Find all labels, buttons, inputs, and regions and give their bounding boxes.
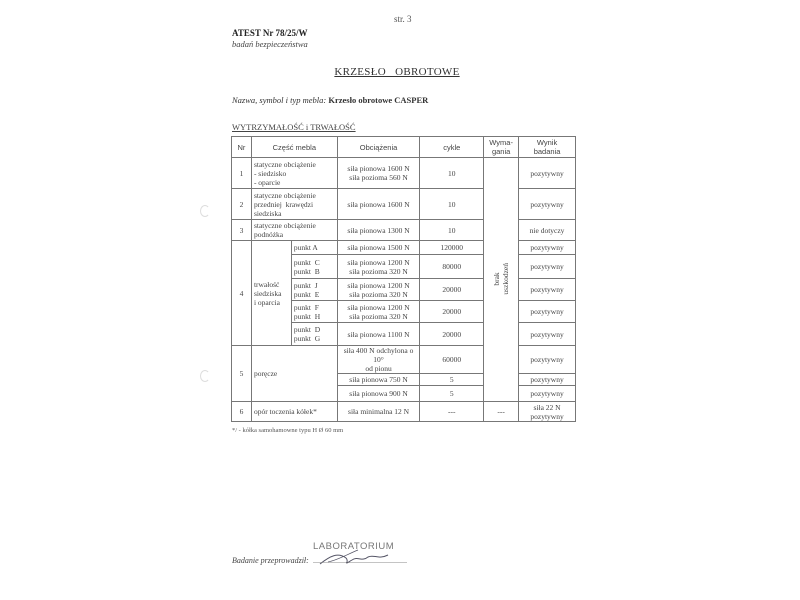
punch-hole-mark [200, 370, 210, 382]
cell-point: punkt Cpunkt B [291, 255, 337, 279]
cell-point: punkt Fpunkt H [291, 301, 337, 323]
cell-cycles: 10 [420, 220, 484, 241]
cell-point: punkt Dpunkt G [291, 323, 337, 346]
cell-load: siła pionowa 1100 N [337, 323, 420, 346]
cell-requirement-merged: brakuszkodzeń [484, 158, 519, 402]
cell-part: statyczne obciążenie- siedzisko- oparcie [251, 158, 337, 189]
cell-requirement: --- [484, 402, 519, 422]
cell-result: pozytywny [519, 374, 576, 386]
cell-point: punkt Jpunkt E [291, 279, 337, 301]
table-row: 5 poręcze siła 400 N odchylona o 10°od p… [232, 346, 576, 374]
cell-load: siła pionowa 750 N [337, 374, 420, 386]
cell-part: poręcze [251, 346, 337, 402]
cell-nr: 2 [232, 189, 252, 220]
page-number: str. 3 [394, 14, 412, 24]
cell-part: statyczne obciążenieprzedniej krawędzisi… [251, 189, 337, 220]
product-value: Krzesło obrotowe CASPER [328, 95, 428, 105]
cell-cycles: --- [420, 402, 484, 422]
cell-result: pozytywny [519, 279, 576, 301]
cell-load: siła pionowa 1600 N [337, 189, 420, 220]
header-result: Wynikbadania [519, 137, 576, 158]
cell-cycles: 5 [420, 386, 484, 402]
cell-result: pozytywny [519, 323, 576, 346]
cell-load: siła pionowa 1600 Nsiła pozioma 560 N [337, 158, 420, 189]
cell-load: siła pionowa 1300 N [337, 220, 420, 241]
cell-cycles: 20000 [420, 279, 484, 301]
cell-result: pozytywny [519, 241, 576, 255]
cell-result: pozytywny [519, 346, 576, 374]
cell-cycles: 5 [420, 374, 484, 386]
cell-load: siła 400 N odchylona o 10°od pionu [337, 346, 420, 374]
cell-load: siła pionowa 900 N [337, 386, 420, 402]
cell-nr: 5 [232, 346, 252, 402]
cell-result: pozytywny [519, 386, 576, 402]
table-row: 3 statyczne obciążeniepodnóżka siła pion… [232, 220, 576, 241]
cell-nr: 1 [232, 158, 252, 189]
cell-load: siła minimalna 12 N [337, 402, 420, 422]
cell-part: opór toczenia kółek* [251, 402, 337, 422]
product-label: Nazwa, symbol i typ mebla [232, 95, 323, 105]
document-title: KRZESŁO OBROTOWE [0, 66, 797, 78]
table-row: 1 statyczne obciążenie- siedzisko- oparc… [232, 158, 576, 189]
cell-result: pozytywny [519, 301, 576, 323]
cell-nr: 6 [232, 402, 252, 422]
cell-result: pozytywny [519, 158, 576, 189]
cell-load: siła pionowa 1500 N [337, 241, 420, 255]
cell-cycles: 10 [420, 158, 484, 189]
performed-by-label: Badanie przeprowadził: [232, 556, 309, 565]
cell-part: statyczne obciążeniepodnóżka [251, 220, 337, 241]
certificate-number: ATEST Nr 78/25/W [232, 28, 308, 38]
cell-nr: 4 [232, 241, 252, 346]
cell-cycles: 60000 [420, 346, 484, 374]
requirement-text: brakuszkodzeń [492, 263, 510, 295]
table-row: 6 opór toczenia kółek* siła minimalna 12… [232, 402, 576, 422]
cell-load: siła pionowa 1200 Nsiła pozioma 320 N [337, 279, 420, 301]
signature-dots: ........................................… [313, 556, 407, 565]
cell-cycles: 80000 [420, 255, 484, 279]
header-cycles: cykle [420, 137, 484, 158]
cell-result: pozytywny [519, 189, 576, 220]
certificate-subtitle: badań bezpieczeństwa [232, 39, 308, 49]
cell-cycles: 20000 [420, 301, 484, 323]
header-nr: Nr [232, 137, 252, 158]
section-title: WYTRZYMAŁOŚĆ i TRWAŁOŚĆ [232, 122, 356, 132]
punch-hole-mark [200, 205, 210, 217]
table-row: 4 trwałośćsiedziskai oparcia punkt A sił… [232, 241, 576, 255]
cell-result: pozytywny [519, 255, 576, 279]
header-load: Obciążenia [337, 137, 420, 158]
table-header-row: Nr Część mebla Obciążenia cykle Wyma-gan… [232, 137, 576, 158]
product-name-line: Nazwa, symbol i typ mebla: Krzesło obrot… [232, 95, 428, 105]
cell-point: punkt A [291, 241, 337, 255]
cell-cycles: 10 [420, 189, 484, 220]
table-row: 2 statyczne obciążenieprzedniej krawędzi… [232, 189, 576, 220]
cell-load: siła pionowa 1200 Nsiła pozioma 320 N [337, 301, 420, 323]
cell-cycles: 120000 [420, 241, 484, 255]
cell-result: nie dotyczy [519, 220, 576, 241]
cell-cycles: 20000 [420, 323, 484, 346]
cell-nr: 3 [232, 220, 252, 241]
results-table: Nr Część mebla Obciążenia cykle Wyma-gan… [231, 136, 576, 422]
cell-load: siła pionowa 1200 Nsiła pozioma 320 N [337, 255, 420, 279]
footnote: */ - kółka samohamowne typu H Ø 60 mm [232, 427, 343, 434]
header-part: Część mebla [251, 137, 337, 158]
header-requirements: Wyma-gania [484, 137, 519, 158]
cell-result: siła 22 Npozytywny [519, 402, 576, 422]
cell-part: trwałośćsiedziskai oparcia [251, 241, 291, 346]
